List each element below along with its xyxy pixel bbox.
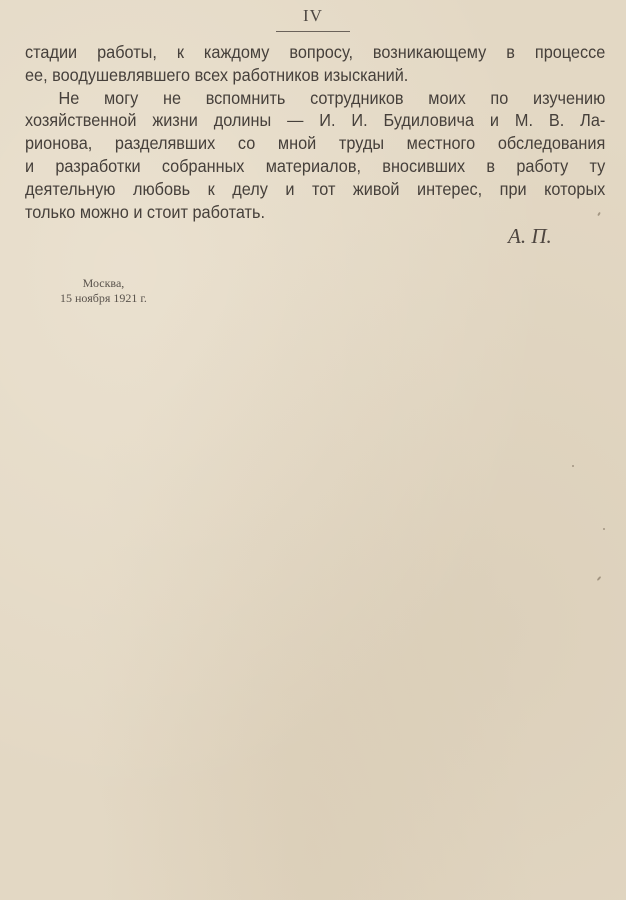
paper-speck: [603, 528, 605, 530]
body-text: стадии работы, к каждому вопросу, возник…: [25, 41, 605, 223]
text-line: хозяйственной жизни долины — И. И. Будил…: [25, 109, 605, 132]
text-line: только можно и стоит работать.: [25, 201, 605, 224]
text-line: деятельную любовь к делу и тот живой инт…: [25, 178, 605, 201]
text-line: ее, воодушевлявшего всех работников изыс…: [25, 64, 605, 87]
date: 15 ноября 1921 г.: [60, 291, 147, 305]
place: Москва,: [60, 276, 147, 291]
author-signature: А. П.: [508, 224, 552, 249]
paper-speck: [572, 465, 574, 467]
page-number-rule: [276, 31, 350, 32]
text-line: стадии работы, к каждому вопросу, возник…: [25, 41, 605, 64]
text-line: рионова, разделявших со мной труды местн…: [25, 132, 605, 155]
text-line-paragraph-start: Не могу не вспомнить сотрудников моих по…: [25, 87, 605, 110]
page-number: IV: [0, 6, 626, 26]
text-line: и разработки собранных материалов, вноси…: [25, 155, 605, 178]
paper-speck: [597, 576, 602, 581]
document-page: IV стадии работы, к каждому вопросу, воз…: [0, 0, 626, 900]
place-date: Москва, 15 ноября 1921 г.: [60, 276, 147, 306]
